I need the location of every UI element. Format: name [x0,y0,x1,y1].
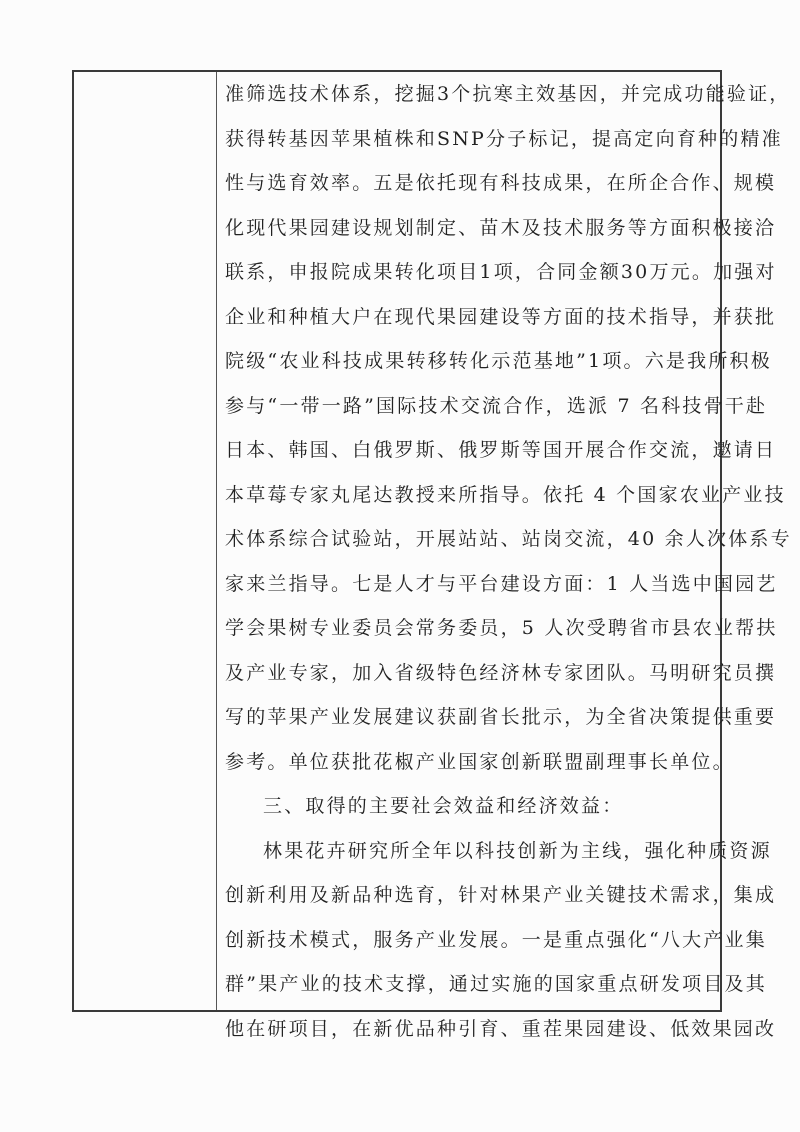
report-table: 准筛选技术体系，挖掘3个抗寒主效基因，并完成功能验证， 获得转基因苹果植株和SN… [72,70,722,1012]
text-line: 家来兰指导。七是人才与平台建设方面：1 人当选中国园艺 [225,562,708,607]
text-line: 学会果树专业委员会常务委员，5 人次受聘省市县农业帮扶 [225,606,708,651]
text-line: 及产业专家，加入省级特色经济林专家团队。马明研究员撰 [225,651,708,696]
text-line: 参与“一带一路”国际技术交流合作，选派 7 名科技骨干赴 [225,384,708,429]
text-line: 准筛选技术体系，挖掘3个抗寒主效基因，并完成功能验证， [225,72,708,117]
text-line: 企业和种植大户在现代果园建设等方面的技术指导，并获批 [225,295,708,340]
paragraph-line: 林果花卉研究所全年以科技创新为主线，强化种质资源 [225,829,708,874]
paragraph-line: 他在研项目，在新优品种引育、重茬果园建设、低效果园改 [225,1007,708,1052]
text-line: 获得转基因苹果植株和SNP分子标记，提高定向育种的精准 [225,117,708,162]
content-cell: 准筛选技术体系，挖掘3个抗寒主效基因，并完成功能验证， 获得转基因苹果植株和SN… [217,72,720,1010]
text-line: 术体系综合试验站，开展站站、站岗交流，40 余人次体系专 [225,517,708,562]
text-line: 院级“农业科技成果转移转化示范基地”1项。六是我所积极 [225,339,708,384]
text-line: 参考。单位获批花椒产业国家创新联盟副理事长单位。 [225,740,708,785]
text-line: 化现代果园建设规划制定、苗木及技术服务等方面积极接洽 [225,206,708,251]
text-line: 性与选育效率。五是依托现有科技成果，在所企合作、规模 [225,161,708,206]
paragraph-line: 创新技术模式，服务产业发展。一是重点强化“八大产业集 [225,918,708,963]
text-line: 写的苹果产业发展建议获副省长批示，为全省决策提供重要 [225,695,708,740]
text-line: 日本、韩国、白俄罗斯、俄罗斯等国开展合作交流，邀请日 [225,428,708,473]
text-line: 联系，申报院成果转化项目1项，合同金额30万元。加强对 [225,250,708,295]
paragraph-line: 群”果产业的技术支撑，通过实施的国家重点研发项目及其 [225,962,708,1007]
section-heading: 三、取得的主要社会效益和经济效益： [225,784,708,829]
text-line: 本草莓专家丸尾达教授来所指导。依托 4 个国家农业产业技 [225,473,708,518]
label-cell [74,72,217,1010]
paragraph-line: 创新利用及新品种选育，针对林果产业关键技术需求，集成 [225,873,708,918]
